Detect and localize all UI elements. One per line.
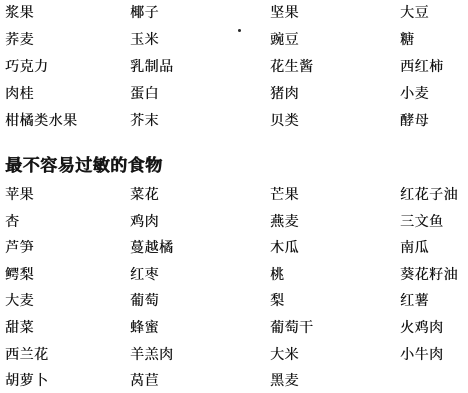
food-item: 玉米: [130, 29, 270, 56]
food-item: 小牛肉: [400, 344, 468, 371]
food-item: [400, 370, 468, 393]
food-item: 杏: [5, 211, 130, 238]
food-item: 糖: [400, 29, 468, 56]
food-item: 葡萄: [130, 290, 270, 317]
food-item: 贝类: [270, 110, 400, 137]
food-item: 黑麦: [270, 370, 400, 393]
food-item: 红薯: [400, 290, 468, 317]
food-item: 胡萝卜: [5, 370, 130, 393]
food-item: 肉桂: [5, 83, 130, 110]
food-item: 桃: [270, 264, 400, 291]
food-item: 柑橘类水果: [5, 110, 130, 137]
food-item: 花生酱: [270, 56, 400, 83]
food-item: 葵花籽油: [400, 264, 468, 291]
food-item: 甜菜: [5, 317, 130, 344]
food-item: 荞麦: [5, 29, 130, 56]
food-item: 木瓜: [270, 237, 400, 264]
food-item: 菜花: [130, 184, 270, 211]
food-item: 蛋白: [130, 83, 270, 110]
food-item: 西兰花: [5, 344, 130, 371]
food-item: 芥末: [130, 110, 270, 137]
section-heading-least-allergenic: 最不容易过敏的食物: [5, 151, 163, 176]
food-item: 猪肉: [270, 83, 400, 110]
allergenic-foods-list: 浆果椰子坚果大豆荞麦玉米豌豆糖巧克力乳制品花生酱西红柿肉桂蛋白猪肉小麦柑橘类水果…: [5, 2, 468, 137]
food-item: 芒果: [270, 184, 400, 211]
food-item: 梨: [270, 290, 400, 317]
food-item: 豌豆: [270, 29, 400, 56]
food-item: 南瓜: [400, 237, 468, 264]
food-item: 浆果: [5, 2, 130, 29]
food-item: 苹果: [5, 184, 130, 211]
food-item: 红枣: [130, 264, 270, 291]
food-item: 三文鱼: [400, 211, 468, 238]
food-item: 火鸡肉: [400, 317, 468, 344]
food-item: 葡萄干: [270, 317, 400, 344]
scanned-document-page: 浆果椰子坚果大豆荞麦玉米豌豆糖巧克力乳制品花生酱西红柿肉桂蛋白猪肉小麦柑橘类水果…: [0, 0, 468, 393]
food-item: 鸡肉: [130, 211, 270, 238]
food-item: 酵母: [400, 110, 468, 137]
food-item: 莴苣: [130, 370, 270, 393]
food-item: 巧克力: [5, 56, 130, 83]
food-item: 小麦: [400, 83, 468, 110]
food-item: 芦笋: [5, 237, 130, 264]
food-item: 西红柿: [400, 56, 468, 83]
food-item: 大豆: [400, 2, 468, 29]
food-item: 大麦: [5, 290, 130, 317]
food-item: 坚果: [270, 2, 400, 29]
food-item: 鳄梨: [5, 264, 130, 291]
food-item: 燕麦: [270, 211, 400, 238]
least-allergenic-foods-list: 苹果菜花芒果红花子油杏鸡肉燕麦三文鱼芦笋蔓越橘木瓜南瓜鳄梨红枣桃葵花籽油大麦葡萄…: [5, 184, 468, 393]
food-item: 蔓越橘: [130, 237, 270, 264]
scan-speck: [238, 29, 241, 32]
food-item: 大米: [270, 344, 400, 371]
food-item: 蜂蜜: [130, 317, 270, 344]
food-item: 红花子油: [400, 184, 468, 211]
food-item: 椰子: [130, 2, 270, 29]
food-item: 羊羔肉: [130, 344, 270, 371]
food-item: 乳制品: [130, 56, 270, 83]
